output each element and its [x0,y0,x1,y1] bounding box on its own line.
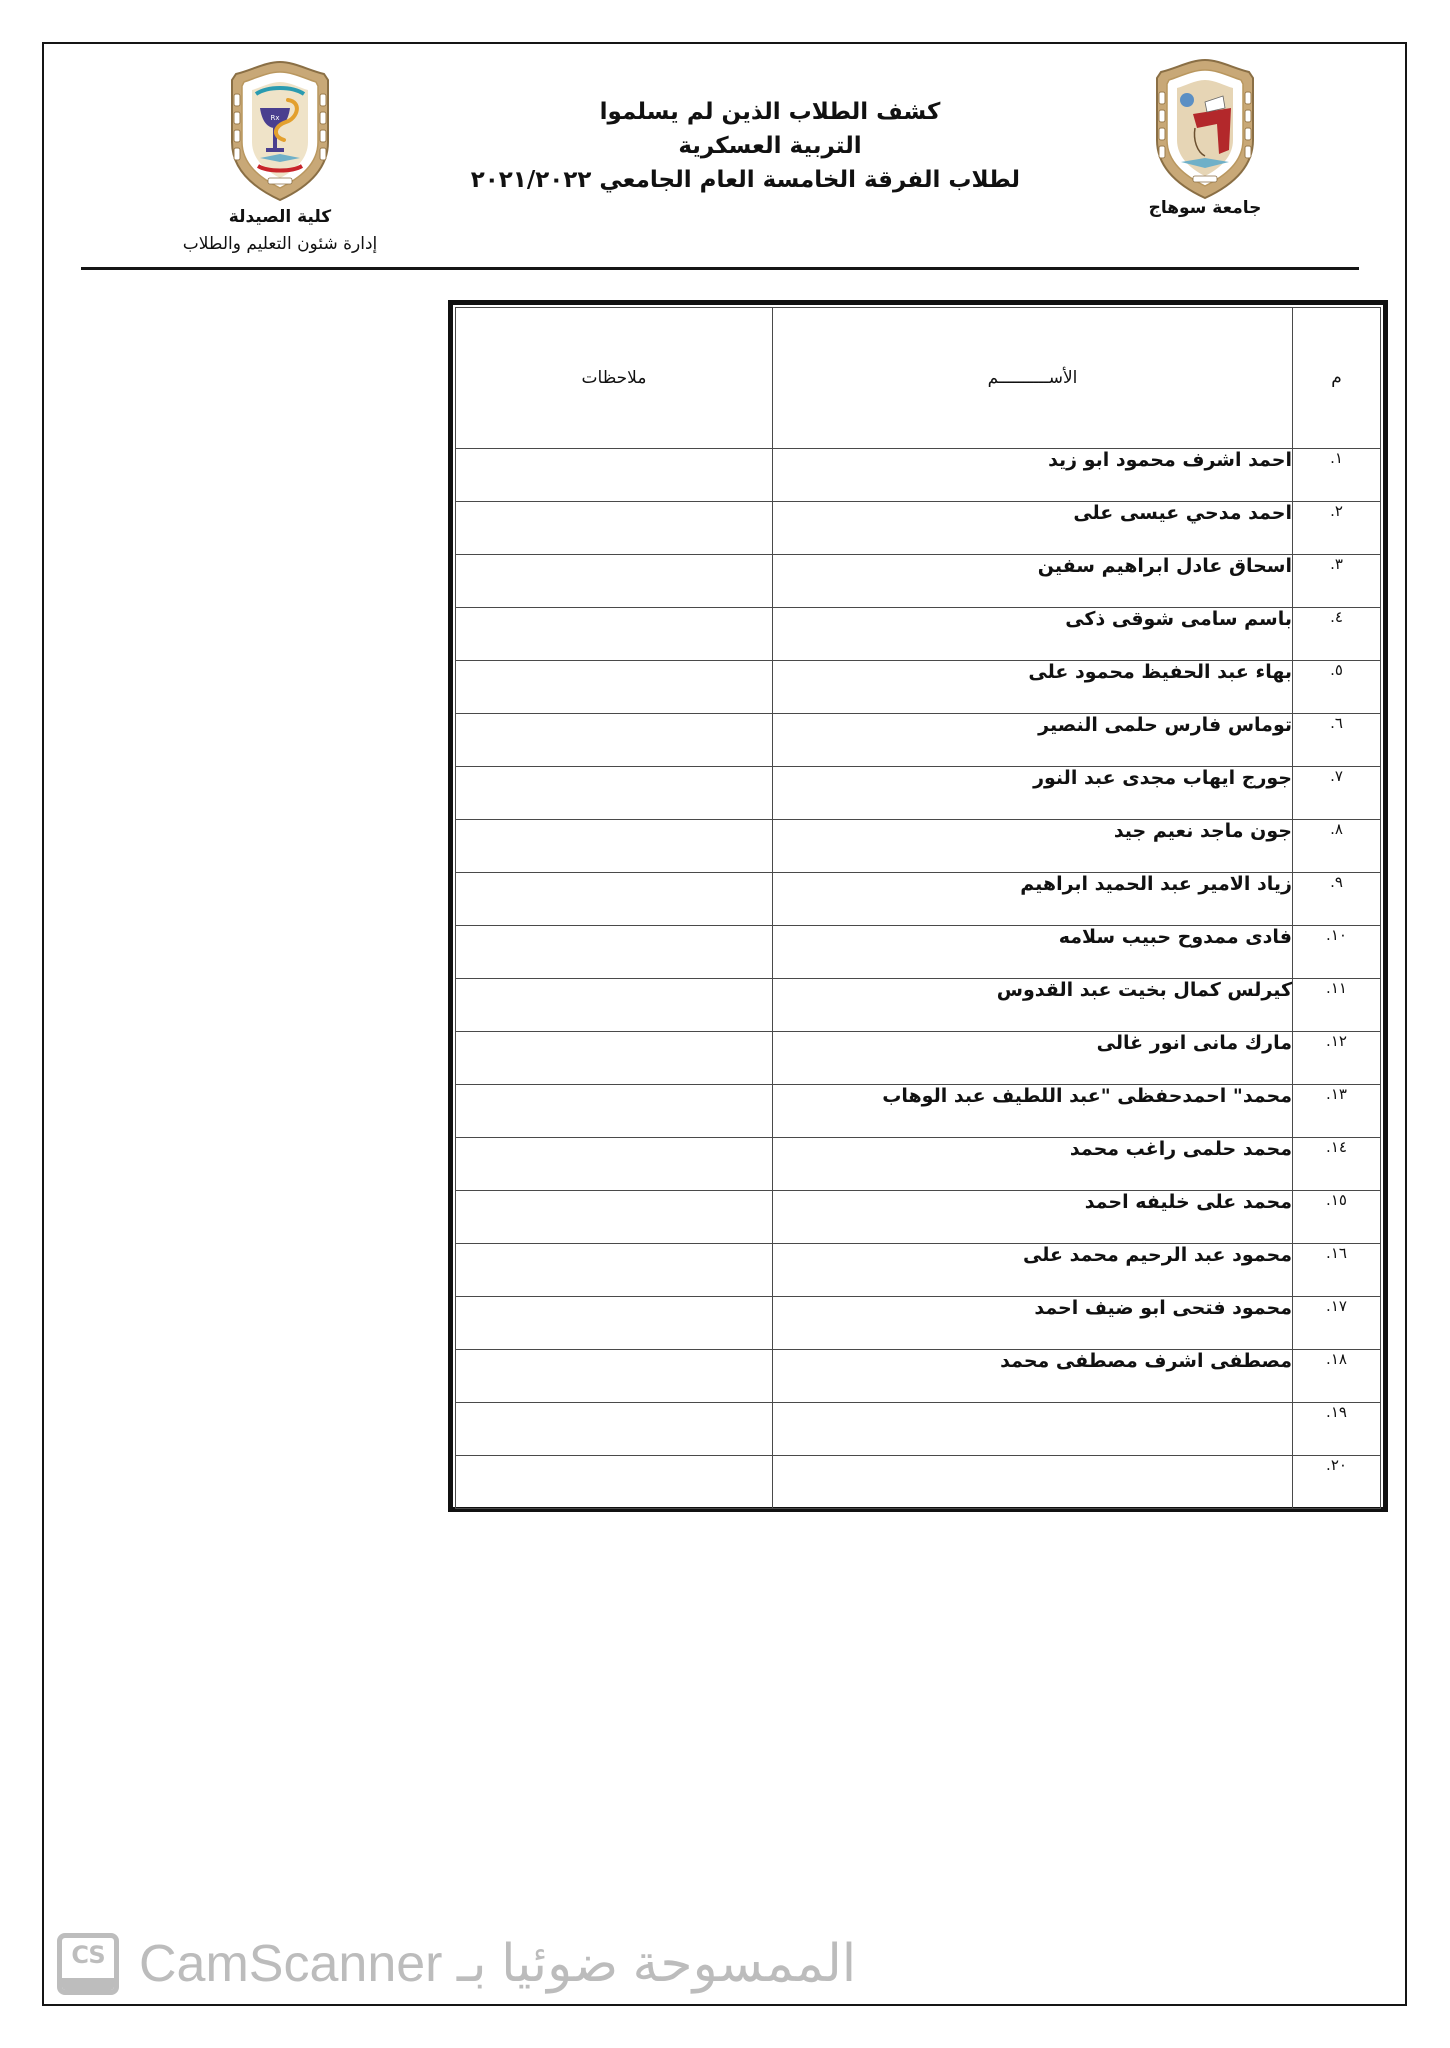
department-name: إدارة شئون التعليم والطلاب [160,234,400,254]
row-number: ٢. [1293,502,1381,555]
row-number: ١٢. [1293,1032,1381,1085]
table-row: ١٠.فادى ممدوح حبيب سلامه [456,926,1381,979]
student-name: جون ماجد نعيم جيد [773,820,1293,873]
table-header-row: م الأســــــــــم ملاحظات [456,308,1381,449]
header-number: م [1293,308,1381,449]
sohag-university-logo [1153,58,1257,200]
title-line-3: لطلاب الفرقة الخامسة العام الجامعي ٢٠٢١/… [520,163,1020,197]
student-name: مصطفى اشرف مصطفى محمد [773,1350,1293,1403]
table-row: ١٩. [456,1403,1381,1456]
row-notes [456,502,773,555]
table-row: ٨.جون ماجد نعيم جيد [456,820,1381,873]
row-notes [456,926,773,979]
table-row: ٣.اسحاق عادل ابراهيم سفين [456,555,1381,608]
row-number: ٣. [1293,555,1381,608]
header-name: الأســــــــــم [773,308,1293,449]
table-row: ١٢.مارك مانى انور غالى [456,1032,1381,1085]
row-number: ١٥. [1293,1191,1381,1244]
table-row: ٦.توماس فارس حلمى النصير [456,714,1381,767]
camscanner-watermark: CS الممسوحة ضوئيا بـ CamScanner [57,1932,856,1996]
row-number: ٥. [1293,661,1381,714]
student-name: كيرلس كمال بخيت عبد القدوس [773,979,1293,1032]
student-name: احمد مدحي عيسى على [773,502,1293,555]
svg-text:Rx: Rx [270,114,279,122]
row-number: ٤. [1293,608,1381,661]
row-notes [456,1032,773,1085]
student-name: فادى ممدوح حبيب سلامه [773,926,1293,979]
student-name [773,1403,1293,1456]
table-row: ٧.جورج ايهاب مجدى عبد النور [456,767,1381,820]
table-row: ١٤.محمد حلمى راغب محمد [456,1138,1381,1191]
row-notes [456,555,773,608]
row-number: ١٠. [1293,926,1381,979]
row-notes [456,873,773,926]
student-name [773,1456,1293,1509]
row-notes [456,1138,773,1191]
row-notes [456,449,773,502]
row-notes [456,1403,773,1456]
table-row: ١٥.محمد على خليفه احمد [456,1191,1381,1244]
student-name: باسم سامى شوقى ذكى [773,608,1293,661]
document-title: كشف الطلاب الذين لم يسلموا التربية العسك… [520,95,1020,197]
row-number: ٦. [1293,714,1381,767]
row-notes [456,608,773,661]
row-number: ١٤. [1293,1138,1381,1191]
table-row: ٩.زياد الامير عبد الحميد ابراهيم [456,873,1381,926]
title-line-1: كشف الطلاب الذين لم يسلموا [520,95,1020,129]
watermark-text: الممسوحة ضوئيا بـ CamScanner [139,1934,856,1994]
row-number: ٨. [1293,820,1381,873]
camscanner-logo-text: CS [71,1938,104,1972]
table-row: ١٣.محمد" احمدحفظى "عبد اللطيف عبد الوهاب [456,1085,1381,1138]
row-number: ١١. [1293,979,1381,1032]
student-name: اسحاق عادل ابراهيم سفين [773,555,1293,608]
row-notes [456,1350,773,1403]
sohag-university-crest-icon [1153,58,1257,200]
row-notes [456,979,773,1032]
row-number: ١٨. [1293,1350,1381,1403]
row-number: ١. [1293,449,1381,502]
student-name: محمود عبد الرحيم محمد على [773,1244,1293,1297]
student-name: مارك مانى انور غالى [773,1032,1293,1085]
students-table-frame: م الأســــــــــم ملاحظات ١.احمد اشرف مح… [448,300,1388,1512]
faculty-of-pharmacy-logo: Rx [228,60,332,202]
table-row: ١٧.محمود فتحى ابو ضيف احمد [456,1297,1381,1350]
student-name: بهاء عبد الحفيظ محمود على [773,661,1293,714]
faculty-of-pharmacy-crest-icon: Rx [228,60,332,202]
table-row: ١٨.مصطفى اشرف مصطفى محمد [456,1350,1381,1403]
table-row: ٢.احمد مدحي عيسى على [456,502,1381,555]
table-row: ١١.كيرلس كمال بخيت عبد القدوس [456,979,1381,1032]
row-notes [456,714,773,767]
row-number: ٩. [1293,873,1381,926]
row-notes [456,1244,773,1297]
row-notes [456,1297,773,1350]
student-name: محمد" احمدحفظى "عبد اللطيف عبد الوهاب [773,1085,1293,1138]
row-notes [456,1456,773,1509]
row-notes [456,820,773,873]
row-number: ١٧. [1293,1297,1381,1350]
table-row: ٢٠. [456,1456,1381,1509]
header-divider [81,267,1359,270]
university-name: جامعة سوهاج [1140,198,1270,218]
student-name: محمود فتحى ابو ضيف احمد [773,1297,1293,1350]
row-number: ١٩. [1293,1403,1381,1456]
student-name: احمد اشرف محمود ابو زيد [773,449,1293,502]
header-notes: ملاحظات [456,308,773,449]
students-table: م الأســــــــــم ملاحظات ١.احمد اشرف مح… [455,307,1381,1509]
table-row: ٤.باسم سامى شوقى ذكى [456,608,1381,661]
table-row: ١.احمد اشرف محمود ابو زيد [456,449,1381,502]
student-name: محمد على خليفه احمد [773,1191,1293,1244]
row-number: ٧. [1293,767,1381,820]
row-notes [456,1085,773,1138]
faculty-name: كلية الصيدلة [200,207,360,227]
student-name: محمد حلمى راغب محمد [773,1138,1293,1191]
student-name: زياد الامير عبد الحميد ابراهيم [773,873,1293,926]
row-notes [456,1191,773,1244]
row-number: ١٦. [1293,1244,1381,1297]
table-row: ١٦.محمود عبد الرحيم محمد على [456,1244,1381,1297]
row-notes [456,767,773,820]
row-notes [456,661,773,714]
table-row: ٥.بهاء عبد الحفيظ محمود على [456,661,1381,714]
row-number: ٢٠. [1293,1456,1381,1509]
student-name: توماس فارس حلمى النصير [773,714,1293,767]
camscanner-logo-icon: CS [57,1933,119,1995]
row-number: ١٣. [1293,1085,1381,1138]
title-line-2: التربية العسكرية [520,129,1020,163]
student-name: جورج ايهاب مجدى عبد النور [773,767,1293,820]
